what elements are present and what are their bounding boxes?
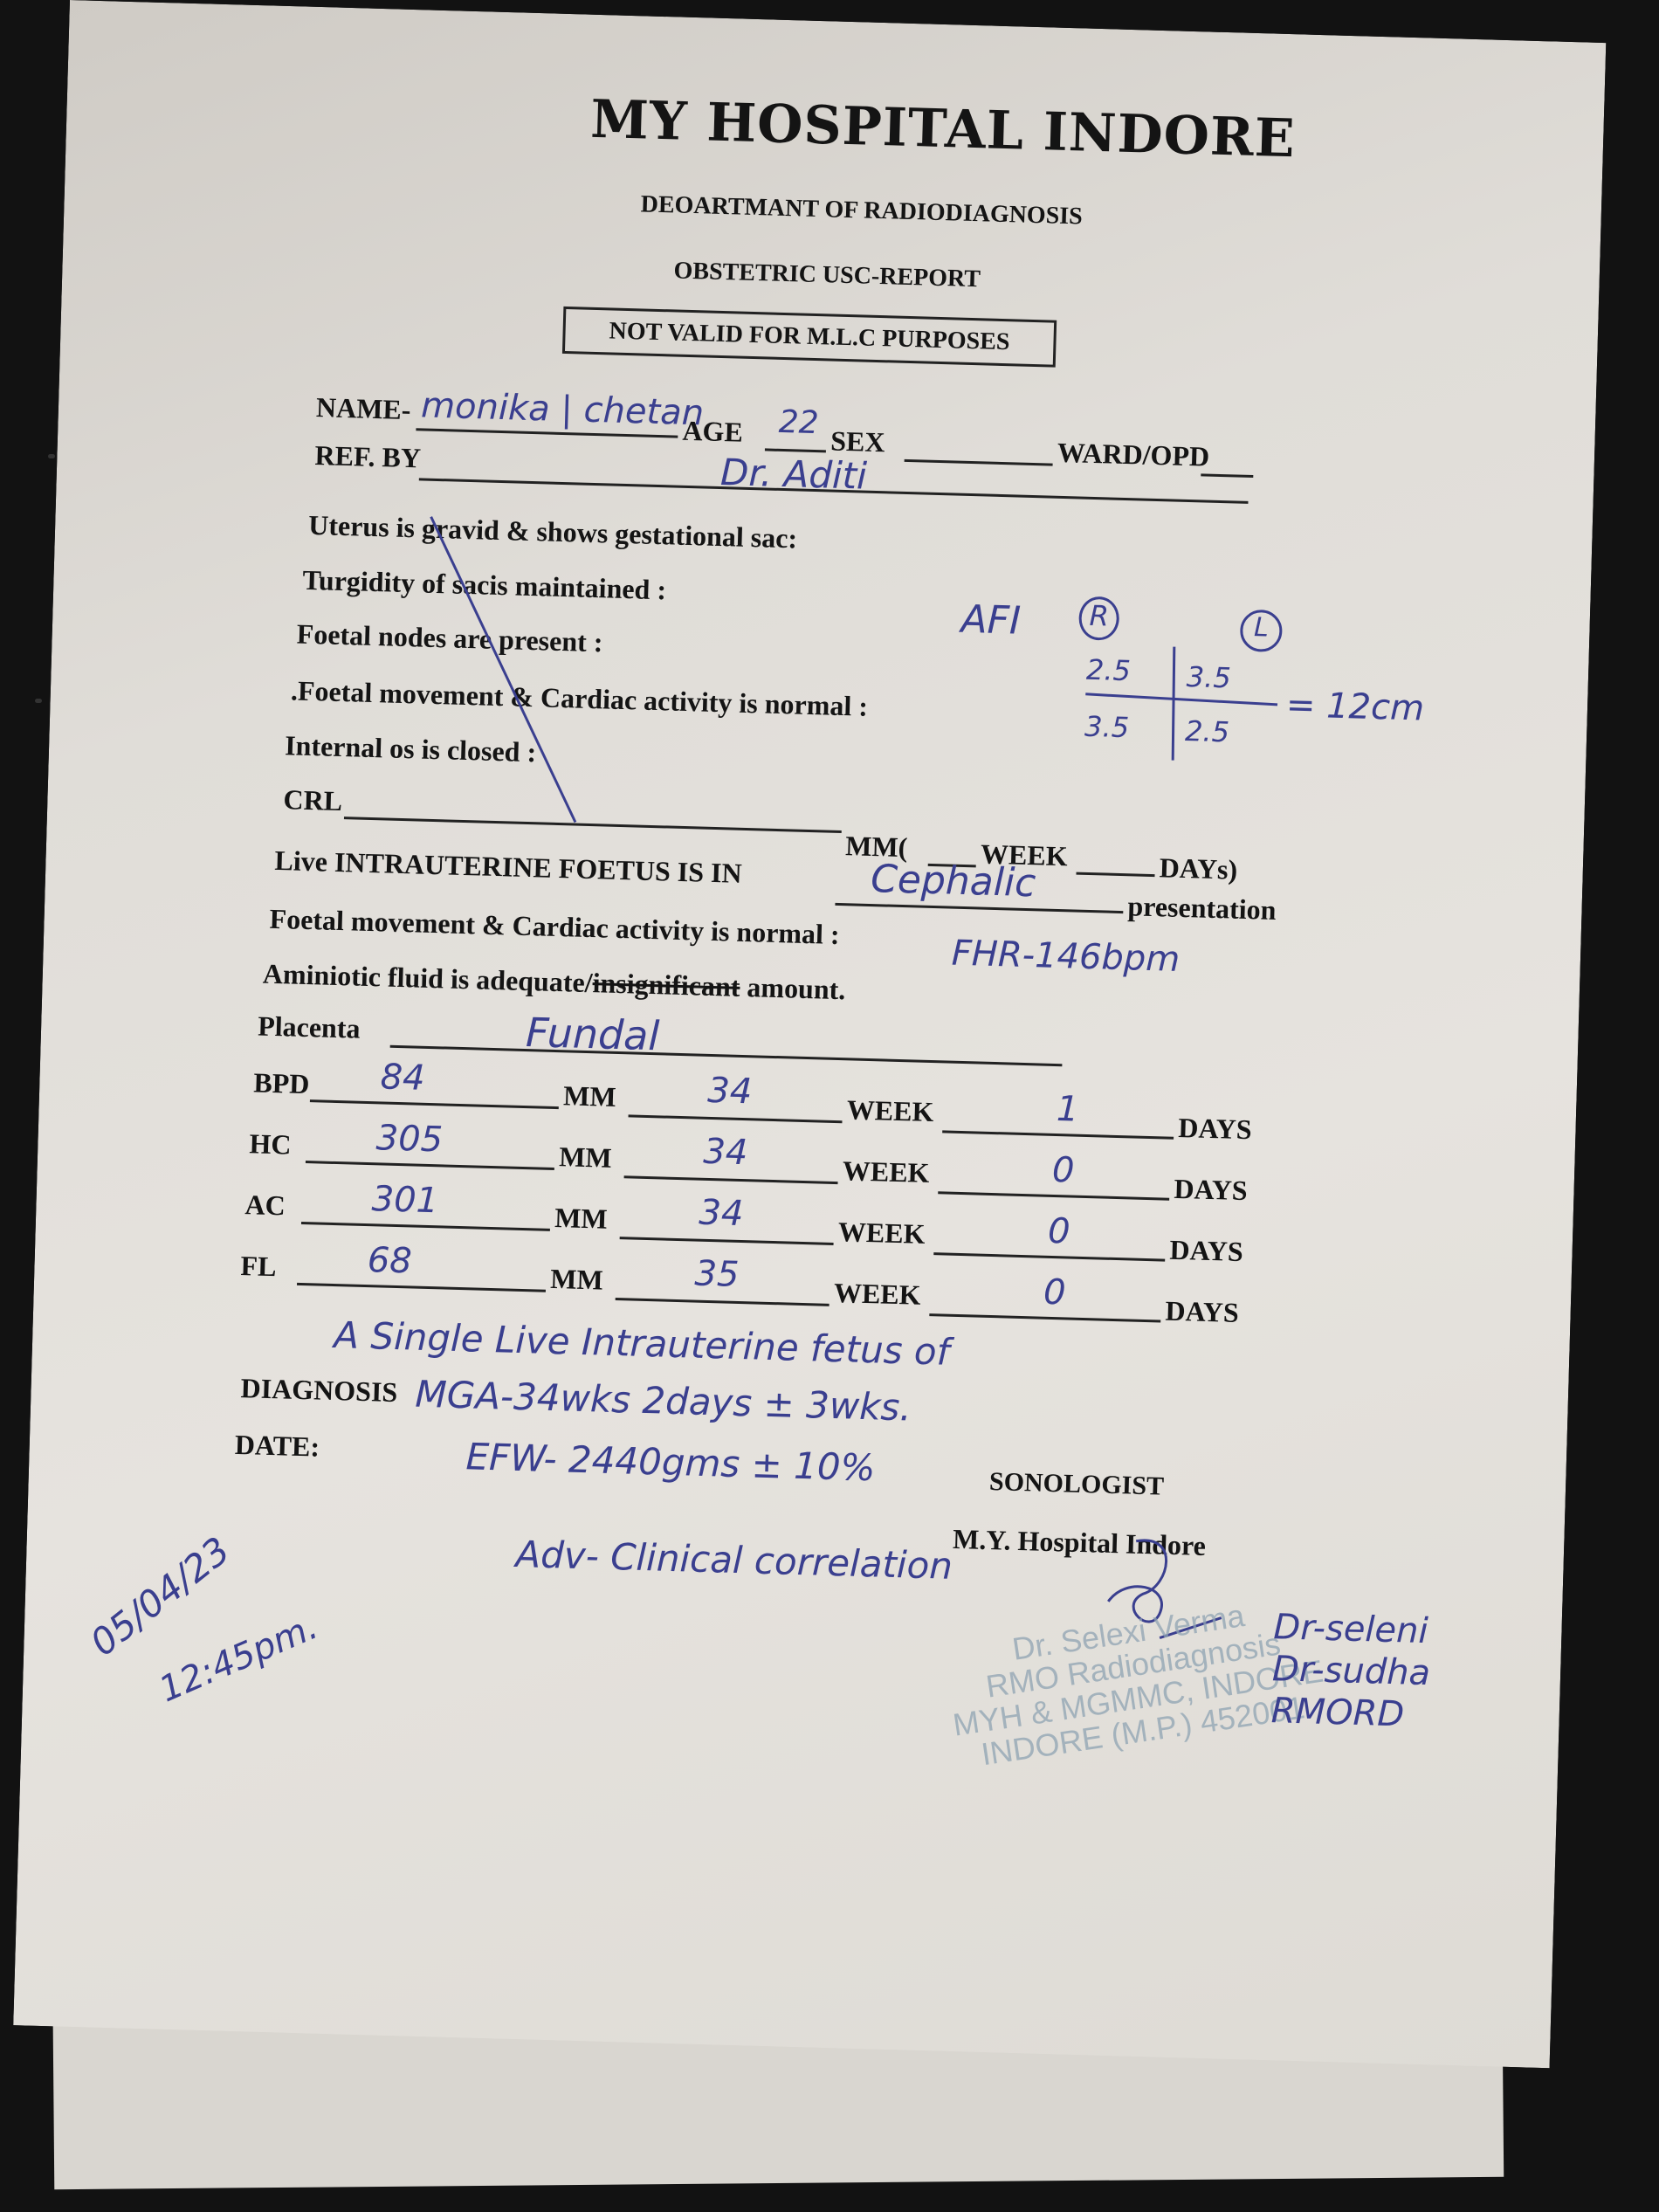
param-label: FL [240, 1250, 277, 1283]
presentation-suffix: presentation [1127, 890, 1277, 927]
placenta-label: Placenta [258, 1010, 361, 1044]
time-value: 12:45pm. [154, 1607, 324, 1711]
week-label: WEEK [846, 1093, 934, 1128]
advice-text: Adv- Clinical correlation [515, 1533, 953, 1588]
hospital-name: MY HOSPITAL INDORE [589, 89, 1296, 170]
mm-label: MM [554, 1202, 608, 1236]
department: DEOARTMANT OF RADIODIAGNOSIS [640, 190, 1083, 231]
presentation-value[interactable]: Cephalic [871, 857, 1037, 906]
date-label: DATE: [234, 1429, 320, 1464]
report-page: MY HOSPITAL INDORE DEOARTMANT OF RADIODI… [13, 0, 1606, 2068]
afi-label: AFI [960, 597, 1022, 644]
param-label: AC [244, 1189, 286, 1222]
name-value[interactable]: monika | chetan [421, 385, 705, 433]
handwritten-doctors: Dr-seleni Dr-sudha RMORD [1270, 1606, 1432, 1736]
biometry-row: BPD 84 MM 34 WEEK 1 DAYS [70, 0, 1606, 43]
amniotic-label: Aminiotic fluid is adequate/insignifican… [262, 958, 845, 1007]
efw-value: EFW- 2440gms ± 10% [465, 1435, 876, 1489]
biometry-row: FL 68 MM 35 WEEK 0 DAYS [70, 0, 1606, 43]
days-label: DAYS [1178, 1112, 1252, 1146]
param-days-value[interactable]: 0 [1043, 1272, 1066, 1313]
afi-total: = 12cm [1285, 685, 1424, 728]
date-value: 05/04/23 [82, 1528, 237, 1664]
crl-label: CRL [283, 783, 343, 817]
param-week-value[interactable]: 34 [703, 1132, 748, 1173]
fhr-value[interactable]: FHR-146bpm [951, 934, 1181, 980]
param-mm-value[interactable]: 301 [371, 1179, 439, 1221]
mm-label: MM [563, 1079, 616, 1113]
param-week-value[interactable]: 34 [699, 1193, 744, 1234]
disclaimer-box: NOT VALID FOR M.L.C PURPOSES [562, 307, 1057, 368]
biometry-table: BPD 84 MM 34 WEEK 1 DAYS HC 305 MM 34 WE… [70, 0, 1606, 43]
ref-value[interactable]: Dr. Aditi [720, 451, 868, 498]
diagnosis-line1: A Single Live Intrauterine fetus of [334, 1313, 950, 1374]
param-mm-value[interactable]: 68 [367, 1240, 412, 1281]
param-label: BPD [253, 1066, 310, 1100]
param-label: HC [249, 1127, 292, 1161]
cardiac-label: Foetal movement & Cardiac activity is no… [269, 903, 840, 951]
report-type: OBSTETRIC USC-REPORT [673, 257, 981, 293]
days-label: DAYS [1169, 1234, 1243, 1268]
param-mm-value[interactable]: 305 [375, 1118, 444, 1160]
param-days-value[interactable]: 0 [1051, 1150, 1075, 1191]
param-days-value[interactable]: 0 [1047, 1211, 1070, 1252]
diagnosis-value[interactable]: MGA-34wks 2days ± 3wks. [415, 1373, 912, 1430]
biometry-row: HC 305 MM 34 WEEK 0 DAYS [70, 0, 1606, 43]
mm-label: MM [550, 1263, 603, 1297]
week-label: WEEK [842, 1154, 930, 1189]
mm-label: MM [559, 1140, 612, 1175]
name-label: NAME- [316, 391, 411, 426]
afi-cross [1075, 640, 1288, 768]
param-week-value[interactable]: 34 [707, 1071, 753, 1112]
sonologist-label: SONOLOGIST [989, 1467, 1165, 1502]
age-label: AGE [682, 415, 743, 449]
param-mm-value[interactable]: 84 [380, 1057, 425, 1098]
crl-days-label: DAYs) [1159, 851, 1237, 885]
placenta-value[interactable]: Fundal [525, 1009, 660, 1059]
biometry-row: AC 301 MM 34 WEEK 0 DAYS [70, 0, 1606, 43]
param-week-value[interactable]: 35 [694, 1254, 740, 1295]
strike-through-line [414, 513, 597, 831]
ref-label: REF. BY [314, 439, 422, 474]
week-label: WEEK [837, 1216, 926, 1251]
ward-label: WARD/OPD [1057, 437, 1209, 473]
age-value[interactable]: 22 [778, 404, 819, 441]
week-label: WEEK [833, 1277, 921, 1312]
param-days-value[interactable]: 1 [1056, 1089, 1079, 1130]
days-label: DAYS [1165, 1295, 1239, 1329]
days-label: DAYS [1174, 1173, 1248, 1207]
afi-right-marker: R [1078, 596, 1119, 641]
diagnosis-label: DIAGNOSIS [240, 1372, 398, 1409]
presentation-label: Live INTRAUTERINE FOETUS IS IN [274, 844, 742, 890]
